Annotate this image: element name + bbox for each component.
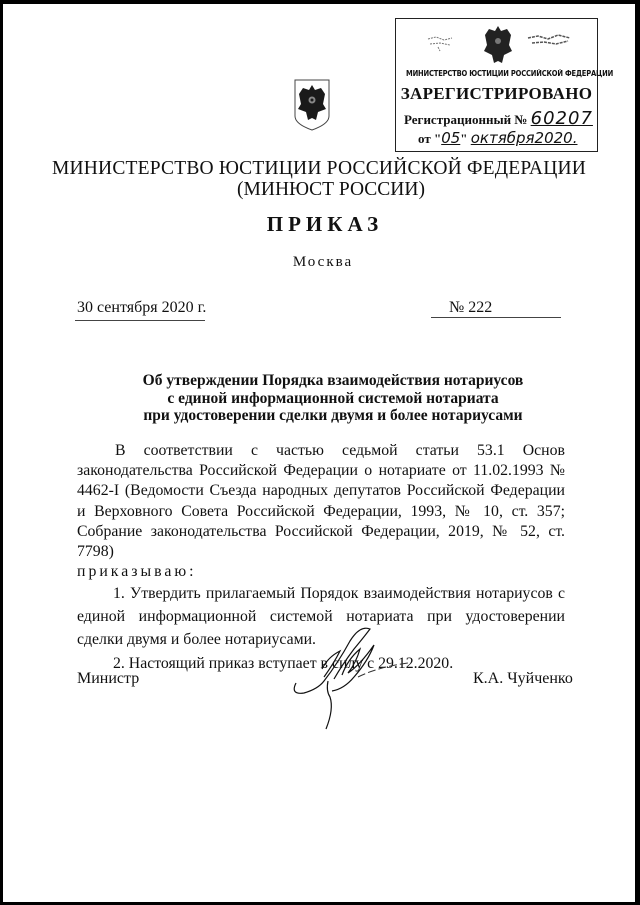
document-page: МИНИСТЕРСТВО ЮСТИЦИИ РОССИЙСКОЙ ФЕДЕРАЦИ… [3,4,635,902]
number-underline [431,317,561,318]
document-date: 30 сентября 2020 г. [77,299,206,317]
stamp-date-year: 2020. [535,129,578,147]
preamble: В соответствии с частью седьмой статьи 5… [77,441,565,562]
document-subject: Об утверждении Порядка взаимодействия но… [17,372,640,425]
stamp-scribble-right-icon [526,31,576,51]
org-short-name: (МИНЮСТ РОССИИ) [15,179,640,201]
stamp-reg-label: Регистрационный № [404,112,527,127]
stamp-reg-date-row: от "05" октября2020. [418,129,578,147]
stamp-date-month: октября [471,129,535,147]
registration-stamp: МИНИСТЕРСТВО ЮСТИЦИИ РОССИЙСКОЙ ФЕДЕРАЦИ… [395,18,598,152]
signatory-title: Министр [77,670,139,688]
date-underline [75,320,205,321]
subject-line: с единой информационной системой нотариа… [17,390,640,408]
subject-line: при удостоверении сделки двумя и более н… [17,407,640,425]
order-word: приказываю: [77,562,565,582]
org-name: МИНИСТЕРСТВО ЮСТИЦИИ РОССИЙСКОЙ ФЕДЕРАЦИ… [3,158,635,180]
stamp-date-quote: " [460,131,467,146]
document-number: № 222 [449,299,492,317]
stamp-date-day: 05 [441,129,460,147]
stamp-scribble-left-icon [426,31,466,53]
stamp-emblem-icon [482,23,514,65]
document-city: Москва [7,254,639,271]
stamp-ministry: МИНИСТЕРСТВО ЮСТИЦИИ РОССИЙСКОЙ ФЕДЕРАЦИ… [406,69,587,78]
signatory-name: К.А. Чуйченко [473,670,573,688]
document-type: ПРИКАЗ [9,212,640,237]
subject-line: Об утверждении Порядка взаимодействия но… [17,372,640,390]
coat-of-arms-icon [291,76,333,132]
stamp-status: ЗАРЕГИСТРИРОВАНО [396,84,597,104]
stamp-date-prefix: от " [418,131,441,146]
signature-icon [288,619,428,734]
stamp-reg-number-row: Регистрационный № 60207 [404,108,593,129]
stamp-reg-number: 60207 [531,108,593,129]
